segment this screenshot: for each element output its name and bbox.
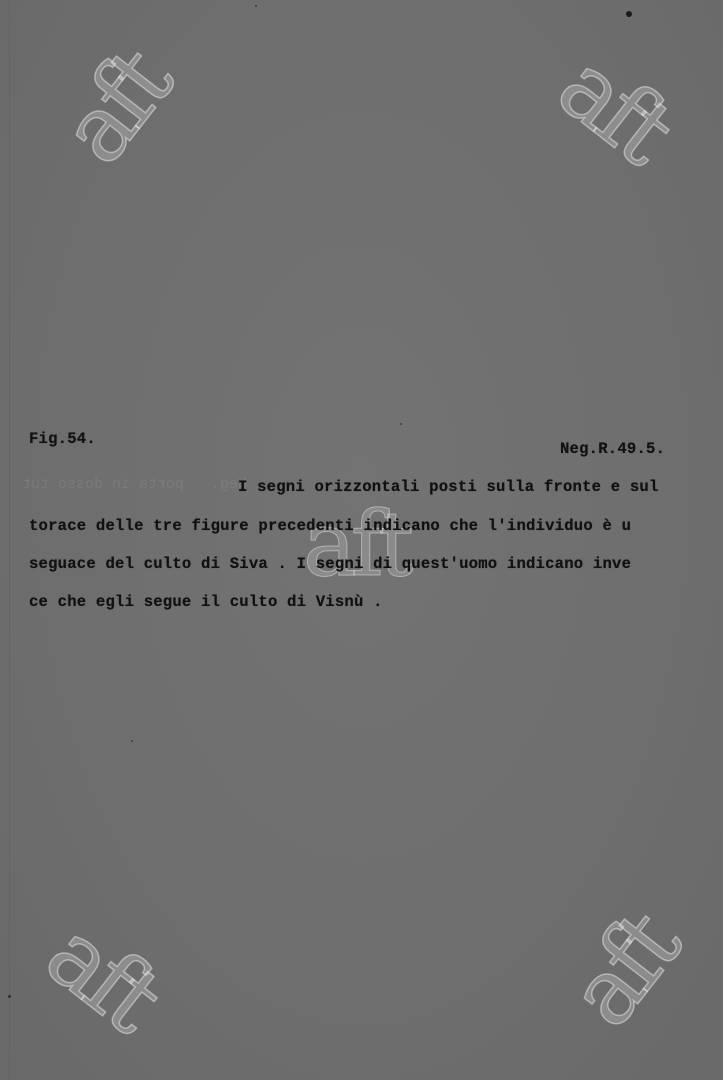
negative-reference: Neg.R.49.5. [560, 440, 665, 458]
show-through-text: Neg. porta in dosso tut [22, 476, 247, 493]
body-line-1: I segni orizzontali posti sulla fronte e… [238, 478, 659, 496]
watermark-top-left: aft [46, 37, 185, 179]
body-line-3: seguace del culto di Siva . I segni di q… [29, 555, 631, 573]
watermark-bottom-left: aft [31, 907, 173, 1046]
dust-speck [626, 11, 632, 17]
dust-speck [255, 5, 257, 7]
dust-speck [400, 423, 402, 425]
body-line-4: ce che egli segue il culto di Visnù . [29, 593, 383, 611]
watermark-top-right: aft [543, 39, 685, 178]
scanned-document-page: aft aft aft aft aft Neg. porta in dosso … [0, 0, 723, 1080]
body-line-2: torace delle tre figure precedenti indic… [29, 517, 631, 535]
dust-speck [131, 740, 133, 742]
watermark-center: aft [303, 500, 408, 590]
watermark-bottom-right: aft [554, 900, 693, 1042]
page-edge-line [9, 0, 10, 1080]
dust-speck [8, 995, 11, 998]
figure-label: Fig.54. [29, 430, 96, 448]
